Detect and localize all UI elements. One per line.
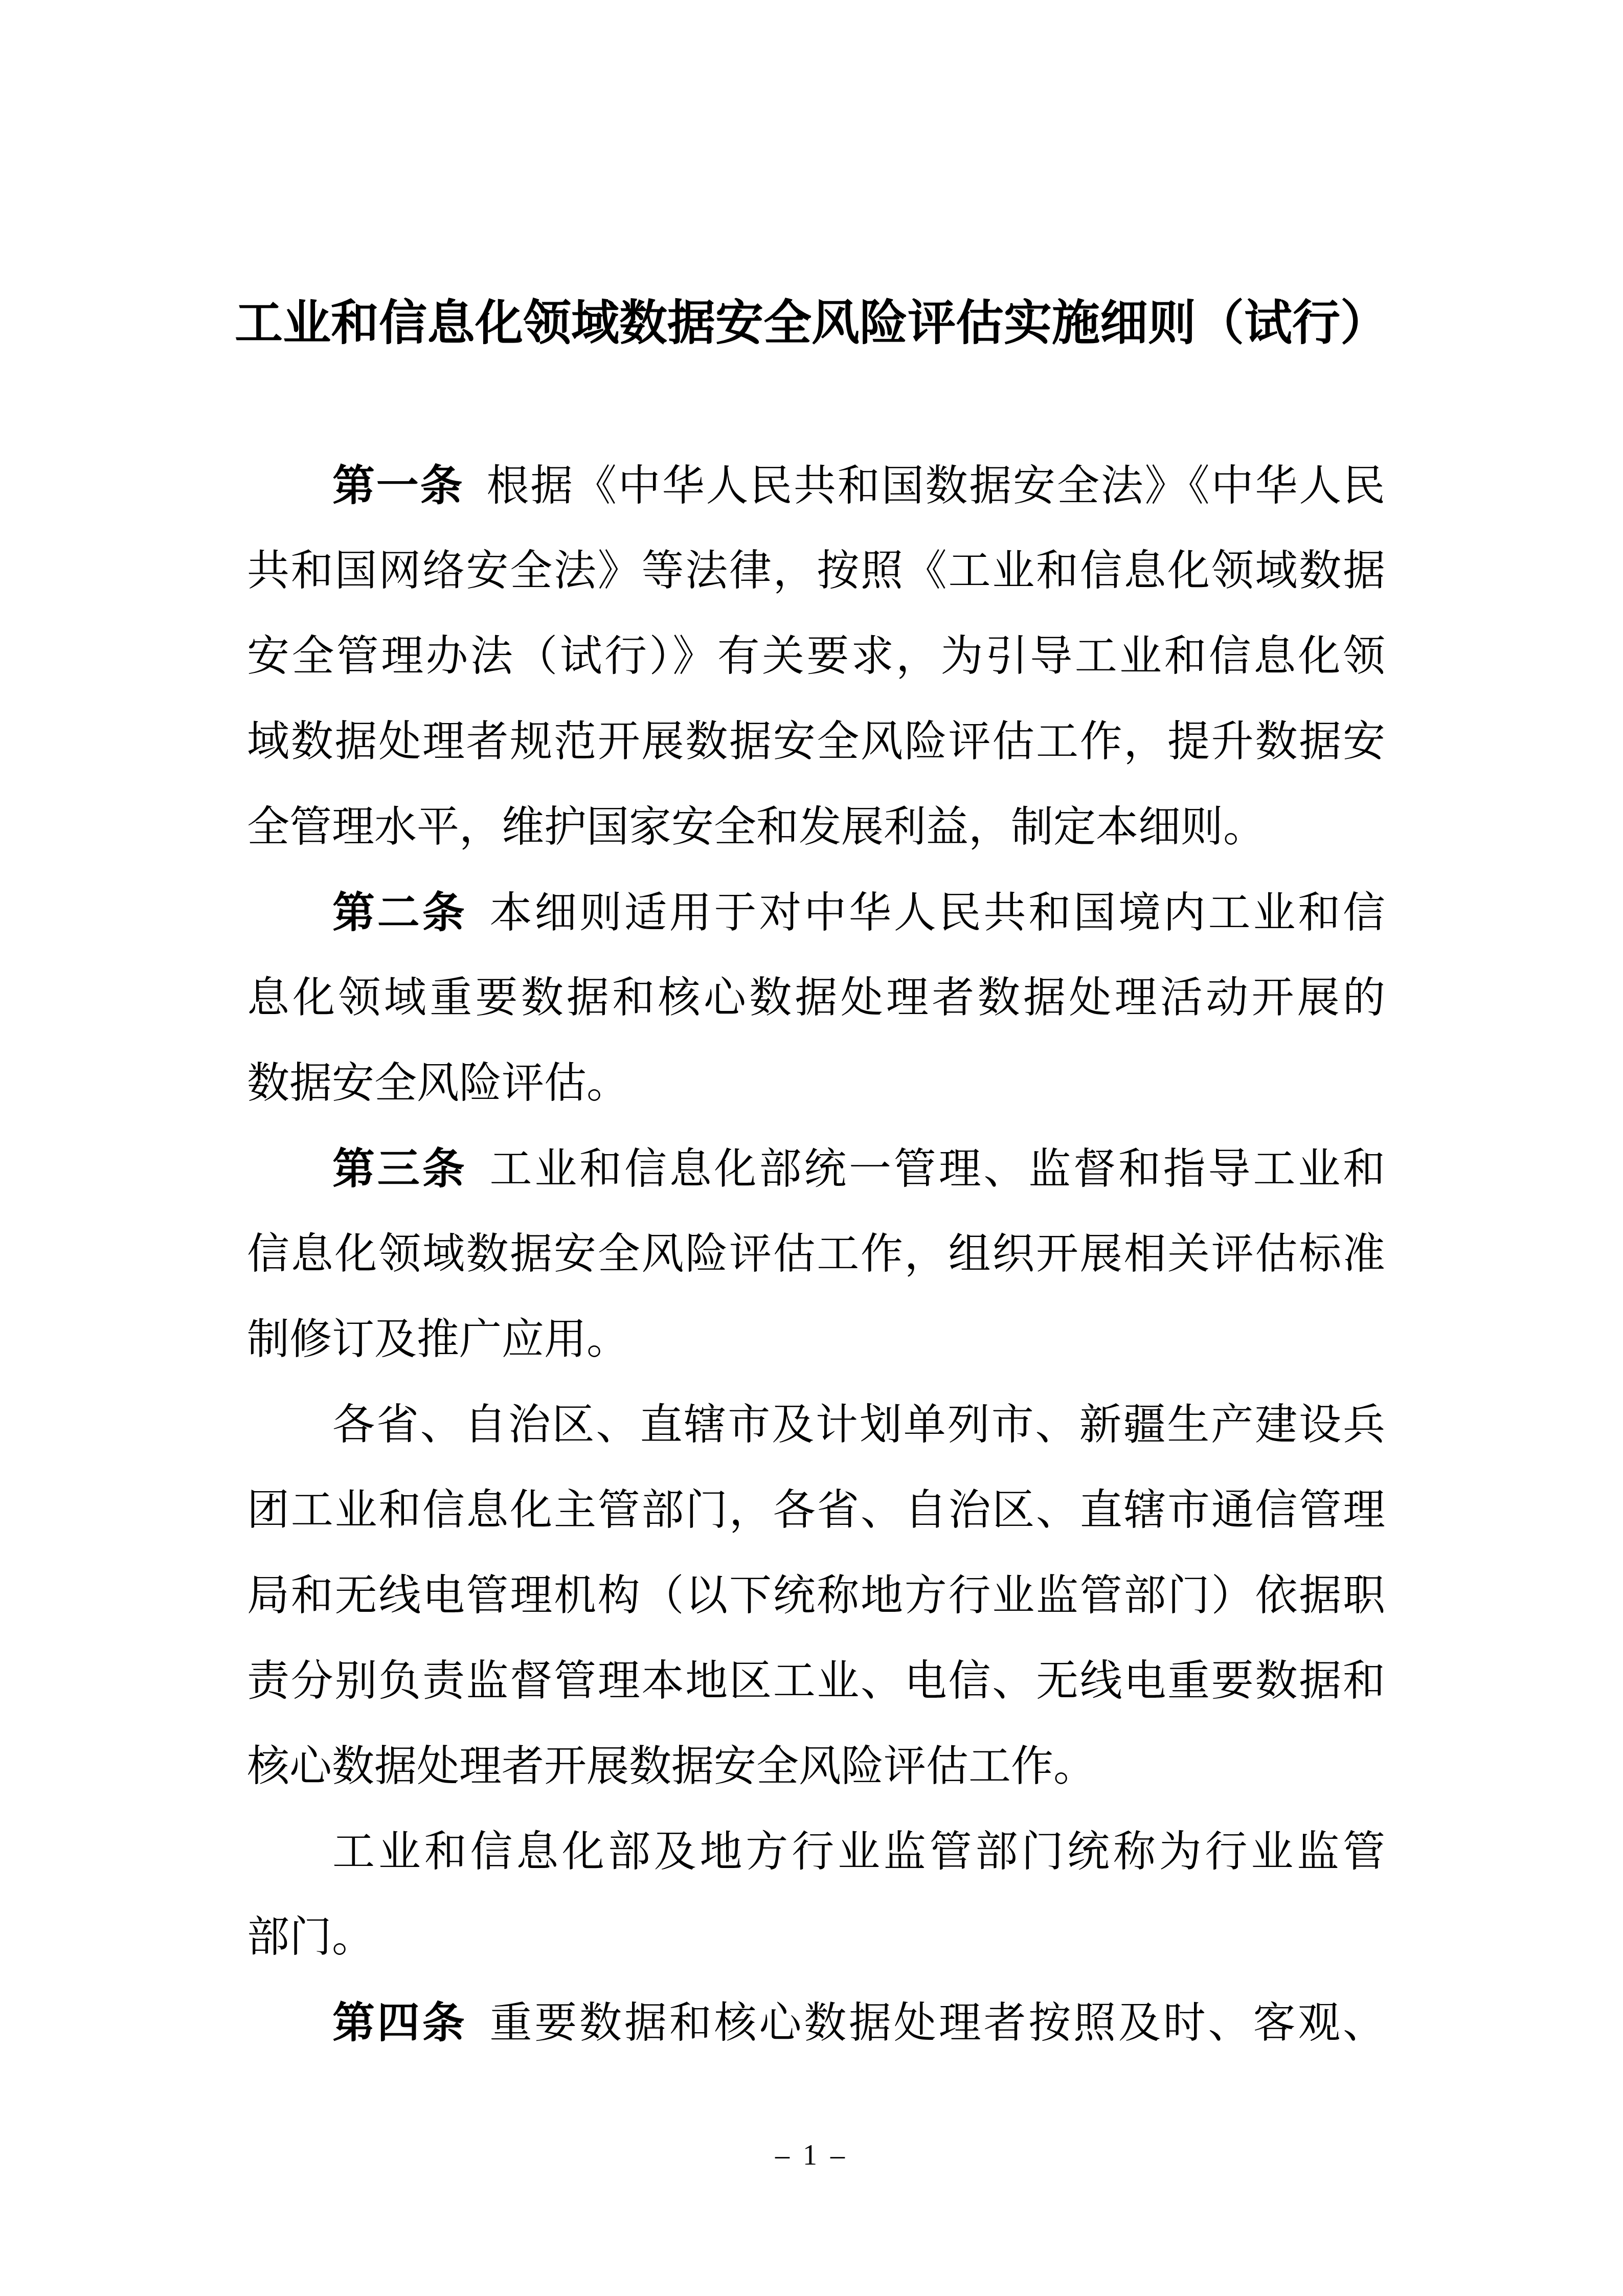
text-line: 责分别负责监督管理本地区工业、电信、无线电重要数据和 (247, 1638, 1385, 1724)
text-line: 共和国网络安全法》等法律，按照《工业和信息化领域数据 (247, 528, 1385, 614)
text-line: 安全管理办法（试行）》有关要求，为引导工业和信息化领 (247, 614, 1385, 699)
line-text: 局和无线电管理机构（以下统称地方行业监管部门）依据职 (247, 1572, 1385, 1619)
line-text: 信息化领域数据安全风险评估工作，组织开展相关评估标准 (247, 1230, 1385, 1277)
line-text: 核心数据处理者开展数据安全风险评估工作。 (247, 1743, 1096, 1790)
line-text: 部门。 (247, 1914, 374, 1961)
text-line: 第三条工业和信息化部统一管理、监督和指导工业和 (247, 1126, 1385, 1211)
line-text: 安全管理办法（试行）》有关要求，为引导工业和信息化领 (247, 633, 1385, 680)
document-page: 工业和信息化领域数据安全风险评估实施细则（试行） 第一条根据《中华人民共和国数据… (0, 0, 1623, 2296)
line-text: 重要数据和核心数据处理者按照及时、客观、 (489, 1999, 1385, 2046)
line-text: 息化领域重要数据和核心数据处理者数据处理活动开展的 (247, 974, 1385, 1021)
text-line: 数据安全风险评估。 (247, 1041, 1385, 1126)
text-line: 制修订及推广应用。 (247, 1297, 1385, 1382)
text-line: 团工业和信息化主管部门，各省、自治区、直辖市通信管理 (247, 1468, 1385, 1553)
document-body: 第一条根据《中华人民共和国数据安全法》《中华人民共和国网络安全法》等法律，按照《… (247, 443, 1385, 2065)
text-line: 核心数据处理者开展数据安全风险评估工作。 (247, 1724, 1385, 1809)
line-text: 各省、自治区、直辖市及计划单列市、新疆生产建设兵 (332, 1401, 1385, 1448)
page-number: – 1 – (0, 2135, 1623, 2176)
text-line: 域数据处理者规范开展数据安全风险评估工作，提升数据安 (247, 699, 1385, 784)
text-line: 信息化领域数据安全风险评估工作，组织开展相关评估标准 (247, 1211, 1385, 1297)
line-text: 制修订及推广应用。 (247, 1316, 629, 1363)
text-line: 全管理水平，维护国家安全和发展利益，制定本细则。 (247, 784, 1385, 870)
text-line: 部门。 (247, 1895, 1385, 1980)
line-text: 共和国网络安全法》等法律，按照《工业和信息化领域数据 (247, 547, 1385, 594)
line-text: 团工业和信息化主管部门，各省、自治区、直辖市通信管理 (247, 1487, 1385, 1534)
text-line: 各省、自治区、直辖市及计划单列市、新疆生产建设兵 (247, 1382, 1385, 1468)
line-text: 工业和信息化部及地方行业监管部门统称为行业监管 (332, 1828, 1385, 1875)
text-line: 息化领域重要数据和核心数据处理者数据处理活动开展的 (247, 955, 1385, 1041)
line-text: 数据安全风险评估。 (247, 1060, 629, 1107)
line-text: 工业和信息化部统一管理、监督和指导工业和 (489, 1145, 1385, 1192)
text-line: 局和无线电管理机构（以下统称地方行业监管部门）依据职 (247, 1553, 1385, 1638)
article-number-label: 第一条 (332, 462, 464, 509)
article-number-label: 第四条 (332, 1999, 467, 2046)
text-line: 第二条本细则适用于对中华人民共和国境内工业和信 (247, 870, 1385, 955)
line-text: 责分别负责监督管理本地区工业、电信、无线电重要数据和 (247, 1657, 1385, 1704)
text-line: 工业和信息化部及地方行业监管部门统称为行业监管 (247, 1809, 1385, 1895)
line-text: 域数据处理者规范开展数据安全风险评估工作，提升数据安 (247, 718, 1385, 765)
text-line: 第四条重要数据和核心数据处理者按照及时、客观、 (247, 1980, 1385, 2065)
document-title: 工业和信息化领域数据安全风险评估实施细则（试行） (0, 288, 1623, 359)
article-number-label: 第三条 (332, 1145, 467, 1192)
text-line: 第一条根据《中华人民共和国数据安全法》《中华人民 (247, 443, 1385, 528)
article-number-label: 第二条 (332, 889, 467, 936)
line-text: 根据《中华人民共和国数据安全法》《中华人民 (486, 462, 1385, 509)
line-text: 本细则适用于对中华人民共和国境内工业和信 (489, 889, 1385, 936)
line-text: 全管理水平，维护国家安全和发展利益，制定本细则。 (247, 803, 1266, 850)
